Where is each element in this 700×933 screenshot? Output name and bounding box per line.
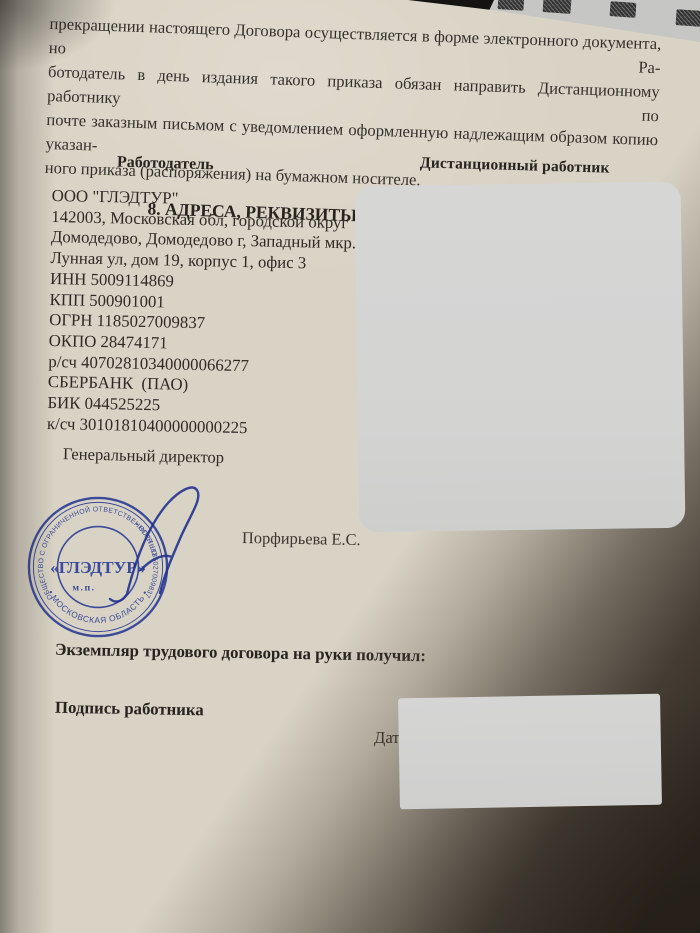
employer-column-header: Работодатель xyxy=(117,154,214,175)
fabric-pattern xyxy=(610,1,637,18)
svg-text:ОБЩЕСТВО С ОГРАНИЧЕННОЙ ОТВЕТС: ОБЩЕСТВО С ОГРАНИЧЕННОЙ ОТВЕТСТВЕННОСТЬЮ xyxy=(38,505,158,601)
fabric-pattern xyxy=(497,0,524,11)
worker-details-redaction-box xyxy=(355,182,686,533)
fabric-pattern xyxy=(543,0,572,14)
stamp-center-name: «ГЛЭДТУР» xyxy=(50,558,146,577)
date-redaction-box xyxy=(398,694,662,810)
worker-signature-label: Подпись работника xyxy=(55,698,204,721)
company-stamp: ОБЩЕСТВО С ОГРАНИЧЕННОЙ ОТВЕТСТВЕННОСТЬЮ… xyxy=(24,493,172,641)
fabric-pattern xyxy=(675,9,700,27)
employer-requisites: ООО "ГЛЭДТУР" 142003, Московская обл, го… xyxy=(47,186,362,441)
stamp-mp-label: м.п. xyxy=(72,583,95,594)
director-title: Генеральный директор xyxy=(63,444,225,468)
stamp-ring-top-text: ОБЩЕСТВО С ОГРАНИЧЕННОЙ ОТВЕТСТВЕННОСТЬЮ xyxy=(38,505,158,601)
director-signer-name: Порфирьева Е.С. xyxy=(242,528,361,550)
